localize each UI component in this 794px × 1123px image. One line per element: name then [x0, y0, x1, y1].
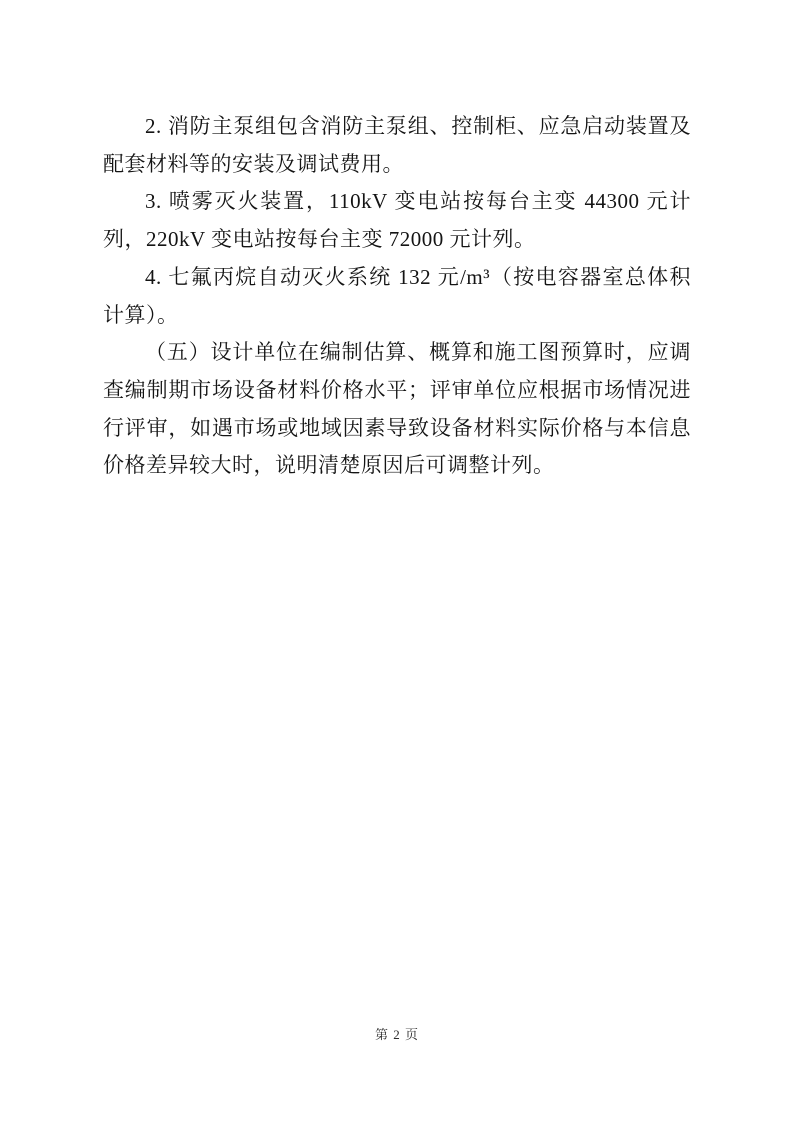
- paragraph-heptafluoropropane-note: 4. 七氟丙烷自动灭火系统 132 元/m³（按电容器室总体积计算）。: [103, 259, 691, 334]
- paragraph-spray-extinguishing-note: 3. 喷雾灭火装置，110kV 变电站按每台主变 44300 元计列，220kV…: [103, 183, 691, 258]
- paragraph-design-unit-pricing-note: （五）设计单位在编制估算、概算和施工图预算时，应调查编制期市场设备材料价格水平；…: [103, 334, 691, 485]
- footer-page-number: 第 2 页: [0, 1024, 794, 1043]
- paragraph-fire-pump-note: 2. 消防主泵组包含消防主泵组、控制柜、应急启动装置及配套材料等的安装及调试费用…: [103, 108, 691, 183]
- document-page: 2. 消防主泵组包含消防主泵组、控制柜、应急启动装置及配套材料等的安装及调试费用…: [0, 0, 794, 1123]
- document-body: 2. 消防主泵组包含消防主泵组、控制柜、应急启动装置及配套材料等的安装及调试费用…: [103, 108, 691, 485]
